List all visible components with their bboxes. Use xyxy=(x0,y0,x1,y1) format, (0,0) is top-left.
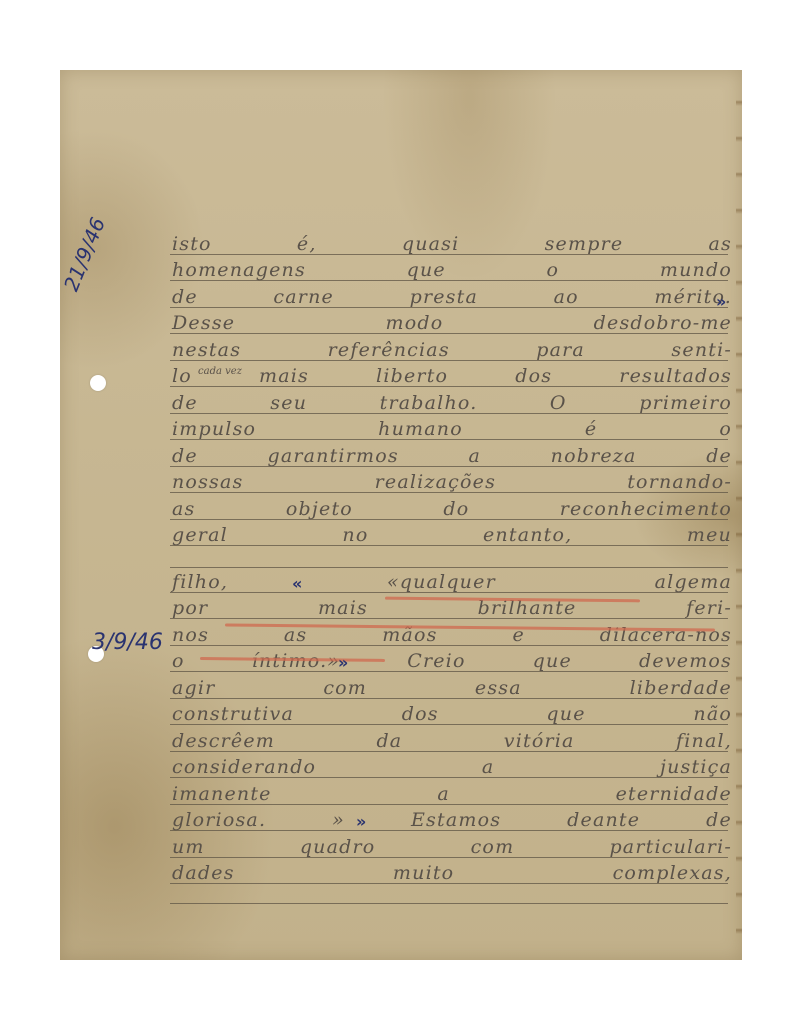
text-line-9: de garantirmos a nobreza de xyxy=(172,444,732,468)
text-line-20: considerando a justiça xyxy=(172,755,732,779)
text-line-13: filho, «qualquer algema xyxy=(172,570,732,594)
text-line-11: as objeto do reconhecimento xyxy=(172,497,732,521)
edge-stains xyxy=(736,70,742,960)
text-line-7: de seu trabalho. O primeiro xyxy=(172,391,732,415)
text-line-2: homenagens que o mundo xyxy=(172,258,732,282)
text-line-24: dades muito complexas, xyxy=(172,861,732,885)
text-line-4: Desse modo desdobro-me xyxy=(172,311,732,335)
text-line-3: de carne presta ao mérito. xyxy=(172,285,732,309)
text-line-10: nossas realizações tornando- xyxy=(172,470,732,494)
margin-date-2: 3/9/46 xyxy=(92,630,163,655)
close-quote-mark-2: » xyxy=(338,653,348,672)
text-line-19: descrêem da vitória final, xyxy=(172,729,732,753)
ruled-line xyxy=(170,903,728,904)
close-quote-mark-1: » xyxy=(716,292,726,311)
punch-hole-top xyxy=(90,375,106,391)
text-line-12: geral no entanto, meu xyxy=(172,523,732,547)
text-line-6: lo mais liberto dos resultados xyxy=(172,364,732,388)
text-line-8: impulso humano é o xyxy=(172,417,732,441)
text-line-22: gloriosa. » Estamos deante de xyxy=(172,808,732,832)
close-quote-mark-3: » xyxy=(356,812,366,831)
text-line-18: construtiva dos que não xyxy=(172,702,732,726)
text-line-23: um quadro com particulari- xyxy=(172,835,732,859)
text-line-21: imanente a eternidade xyxy=(172,782,732,806)
text-line-16: o íntimo.» Creio que devemos xyxy=(172,649,732,673)
interlinear-insertion: cada vez xyxy=(198,366,242,377)
open-quote-mark: « xyxy=(292,574,302,593)
text-line-17: agir com essa liberdade xyxy=(172,676,732,700)
text-line-5: nestas referências para senti- xyxy=(172,338,732,362)
ruled-line xyxy=(170,567,728,568)
text-line-1: isto é, quasi sempre as xyxy=(172,232,732,256)
